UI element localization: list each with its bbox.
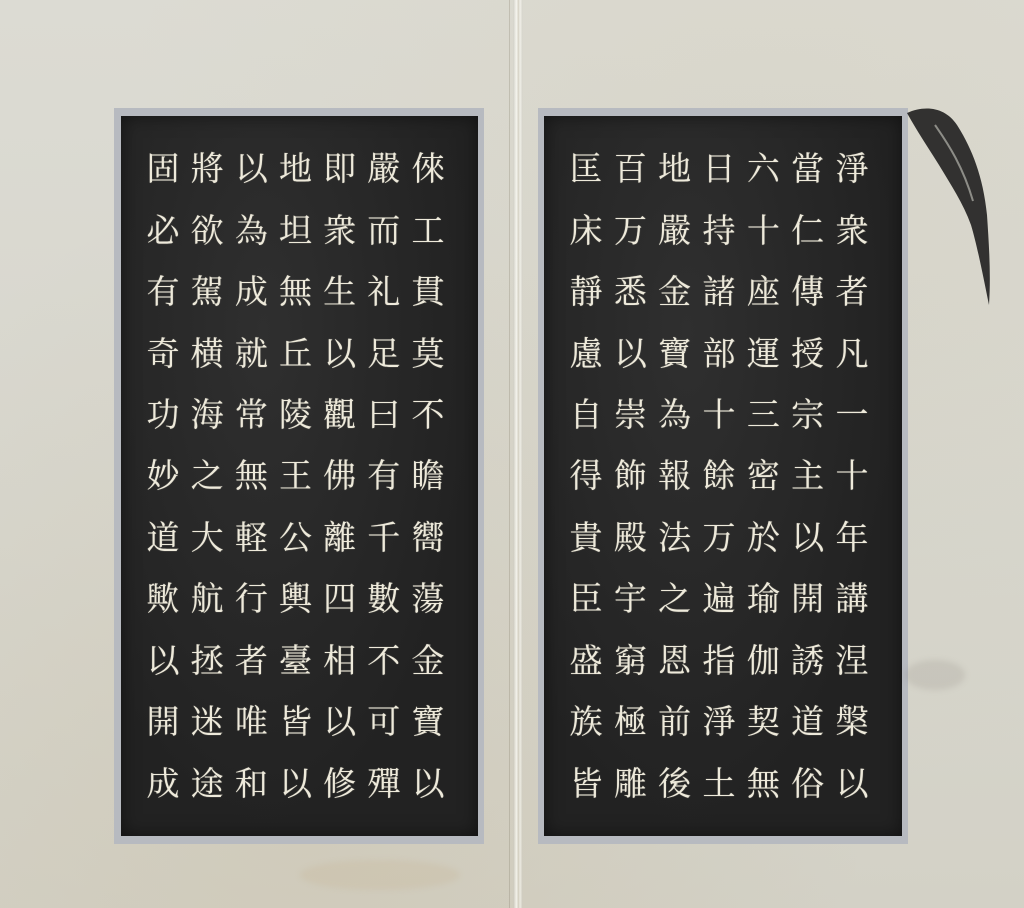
character: 道 <box>791 691 824 752</box>
left-column-6: 將 欲 駕 横 海 之 大 航 拯 迷 途 <box>187 138 227 814</box>
right-column-1: 淨 衆 者 凡 一 十 年 講 涅 槃 以 <box>832 138 872 814</box>
character: 莫 <box>411 322 444 383</box>
character: 者 <box>235 630 268 691</box>
character: 嚮 <box>411 507 444 568</box>
character: 相 <box>323 630 356 691</box>
left-column-5: 以 為 成 就 常 無 軽 行 者 唯 和 <box>231 138 271 814</box>
character: 飾 <box>614 445 647 506</box>
character: 金 <box>411 630 444 691</box>
character: 而 <box>367 199 400 260</box>
character: 部 <box>702 322 735 383</box>
character: 公 <box>279 507 312 568</box>
character: 工 <box>411 199 444 260</box>
character: 瑜 <box>747 568 780 629</box>
character: 遍 <box>702 568 735 629</box>
character: 匡 <box>570 138 603 199</box>
ink-brush-stroke <box>905 105 995 315</box>
character: 觀 <box>323 384 356 445</box>
character: 報 <box>658 445 691 506</box>
character: 傳 <box>791 261 824 322</box>
character: 當 <box>791 138 824 199</box>
character: 地 <box>658 138 691 199</box>
right-column-6: 百 万 悉 以 崇 飾 殿 宇 窮 極 雕 <box>610 138 650 814</box>
character: 六 <box>747 138 780 199</box>
character: 功 <box>147 384 180 445</box>
character: 万 <box>702 507 735 568</box>
character: 可 <box>367 691 400 752</box>
character: 坦 <box>279 199 312 260</box>
character: 倈 <box>411 138 444 199</box>
character: 貫 <box>411 261 444 322</box>
character: 地 <box>279 138 312 199</box>
character: 和 <box>235 753 268 814</box>
character: 開 <box>791 568 824 629</box>
character: 以 <box>411 753 444 814</box>
character: 駕 <box>191 261 224 322</box>
character: 拯 <box>191 630 224 691</box>
character: 以 <box>614 322 647 383</box>
character: 嚴 <box>658 199 691 260</box>
character: 十 <box>702 384 735 445</box>
right-column-7: 匡 床 靜 慮 自 得 貴 臣 盛 族 皆 <box>566 138 606 814</box>
character: 無 <box>279 261 312 322</box>
character: 唯 <box>235 691 268 752</box>
right-column-5: 地 嚴 金 寶 為 報 法 之 恩 前 後 <box>655 138 695 814</box>
left-column-3: 即 衆 生 以 觀 佛 離 四 相 以 修 <box>320 138 360 814</box>
character: 以 <box>235 138 268 199</box>
character: 無 <box>235 445 268 506</box>
character: 慮 <box>570 322 603 383</box>
character: 嚴 <box>367 138 400 199</box>
character: 諸 <box>702 261 735 322</box>
character: 輿 <box>279 568 312 629</box>
right-column-3: 六 十 座 運 三 密 於 瑜 伽 契 無 <box>743 138 783 814</box>
character: 宇 <box>614 568 647 629</box>
character: 後 <box>658 753 691 814</box>
character: 十 <box>747 199 780 260</box>
character: 三 <box>747 384 780 445</box>
character: 講 <box>835 568 868 629</box>
character: 欲 <box>191 199 224 260</box>
character: 成 <box>147 753 180 814</box>
character: 皆 <box>570 753 603 814</box>
character: 靜 <box>570 261 603 322</box>
character: 臺 <box>279 630 312 691</box>
character: 指 <box>702 630 735 691</box>
character: 妙 <box>147 445 180 506</box>
character: 有 <box>367 445 400 506</box>
character: 就 <box>235 322 268 383</box>
character: 主 <box>791 445 824 506</box>
character: 不 <box>411 384 444 445</box>
character: 行 <box>235 568 268 629</box>
character: 得 <box>570 445 603 506</box>
character: 蕩 <box>411 568 444 629</box>
character: 寶 <box>658 322 691 383</box>
left-page-columns: 倈 工 貫 莫 不 瞻 嚮 蕩 金 寶 以 嚴 而 礼 足 曰 有 千 數 不 … <box>121 116 478 836</box>
character: 以 <box>835 753 868 814</box>
character: 為 <box>658 384 691 445</box>
character: 十 <box>835 445 868 506</box>
character: 槃 <box>835 691 868 752</box>
character: 四 <box>323 568 356 629</box>
character: 金 <box>658 261 691 322</box>
character: 陵 <box>279 384 312 445</box>
character: 必 <box>147 199 180 260</box>
left-column-4: 地 坦 無 丘 陵 王 公 輿 臺 皆 以 <box>275 138 315 814</box>
right-column-2: 當 仁 傳 授 宗 主 以 開 誘 道 俗 <box>788 138 828 814</box>
character: 不 <box>367 630 400 691</box>
character: 足 <box>367 322 400 383</box>
character: 寶 <box>411 691 444 752</box>
character: 臣 <box>570 568 603 629</box>
right-column-4: 日 持 諸 部 十 餘 万 遍 指 淨 土 <box>699 138 739 814</box>
character: 之 <box>658 568 691 629</box>
character: 涅 <box>835 630 868 691</box>
character: 一 <box>835 384 868 445</box>
character: 衆 <box>323 199 356 260</box>
character: 曰 <box>367 384 400 445</box>
character: 之 <box>191 445 224 506</box>
left-page-rubbing: 倈 工 貫 莫 不 瞻 嚮 蕩 金 寶 以 嚴 而 礼 足 曰 有 千 數 不 … <box>121 116 478 836</box>
character: 即 <box>323 138 356 199</box>
character: 佛 <box>323 445 356 506</box>
character: 生 <box>323 261 356 322</box>
character: 殿 <box>614 507 647 568</box>
character: 伽 <box>747 630 780 691</box>
character: 為 <box>235 199 268 260</box>
character: 奇 <box>147 322 180 383</box>
character: 王 <box>279 445 312 506</box>
paper-stain <box>905 660 965 690</box>
character: 崇 <box>614 384 647 445</box>
character: 以 <box>279 753 312 814</box>
character: 離 <box>323 507 356 568</box>
character: 有 <box>147 261 180 322</box>
character: 持 <box>702 199 735 260</box>
character: 以 <box>147 630 180 691</box>
character: 丘 <box>279 322 312 383</box>
character: 床 <box>570 199 603 260</box>
character: 成 <box>235 261 268 322</box>
character: 軽 <box>235 507 268 568</box>
character: 運 <box>747 322 780 383</box>
character: 凡 <box>835 322 868 383</box>
character: 誘 <box>791 630 824 691</box>
character: 盛 <box>570 630 603 691</box>
character: 歟 <box>147 568 180 629</box>
character: 法 <box>658 507 691 568</box>
character: 常 <box>235 384 268 445</box>
character: 契 <box>747 691 780 752</box>
character: 横 <box>191 322 224 383</box>
character: 瞻 <box>411 445 444 506</box>
right-page-rubbing: 淨 衆 者 凡 一 十 年 講 涅 槃 以 當 仁 傳 授 宗 主 以 開 誘 … <box>544 116 902 836</box>
character: 貴 <box>570 507 603 568</box>
character: 日 <box>702 138 735 199</box>
character: 將 <box>191 138 224 199</box>
character: 窮 <box>614 630 647 691</box>
character: 座 <box>747 261 780 322</box>
left-column-1: 倈 工 貫 莫 不 瞻 嚮 蕩 金 寶 以 <box>408 138 448 814</box>
left-column-7: 固 必 有 奇 功 妙 道 歟 以 開 成 <box>143 138 183 814</box>
character: 宗 <box>791 384 824 445</box>
character: 海 <box>191 384 224 445</box>
character: 固 <box>147 138 180 199</box>
character: 途 <box>191 753 224 814</box>
character: 百 <box>614 138 647 199</box>
character: 道 <box>147 507 180 568</box>
character: 淨 <box>835 138 868 199</box>
character: 以 <box>323 322 356 383</box>
character: 航 <box>191 568 224 629</box>
character: 以 <box>791 507 824 568</box>
character: 迷 <box>191 691 224 752</box>
character: 者 <box>835 261 868 322</box>
character: 授 <box>791 322 824 383</box>
binding-fold <box>513 0 523 908</box>
binding-fold-line <box>509 0 510 908</box>
character: 密 <box>747 445 780 506</box>
character: 仁 <box>791 199 824 260</box>
character: 餘 <box>702 445 735 506</box>
character: 修 <box>323 753 356 814</box>
character: 淨 <box>702 691 735 752</box>
character: 大 <box>191 507 224 568</box>
character: 俗 <box>791 753 824 814</box>
right-page-columns: 淨 衆 者 凡 一 十 年 講 涅 槃 以 當 仁 傳 授 宗 主 以 開 誘 … <box>544 116 902 836</box>
character: 極 <box>614 691 647 752</box>
character: 數 <box>367 568 400 629</box>
character: 衆 <box>835 199 868 260</box>
character: 恩 <box>658 630 691 691</box>
character: 前 <box>658 691 691 752</box>
character: 於 <box>747 507 780 568</box>
character: 年 <box>835 507 868 568</box>
character: 雕 <box>614 753 647 814</box>
character: 悉 <box>614 261 647 322</box>
character: 無 <box>747 753 780 814</box>
character: 以 <box>323 691 356 752</box>
paper-stain <box>300 860 460 890</box>
character: 土 <box>702 753 735 814</box>
character: 殫 <box>367 753 400 814</box>
character: 礼 <box>367 261 400 322</box>
character: 自 <box>570 384 603 445</box>
character: 千 <box>367 507 400 568</box>
character: 開 <box>147 691 180 752</box>
character: 万 <box>614 199 647 260</box>
character: 皆 <box>279 691 312 752</box>
character: 族 <box>570 691 603 752</box>
left-column-2: 嚴 而 礼 足 曰 有 千 數 不 可 殫 <box>364 138 404 814</box>
